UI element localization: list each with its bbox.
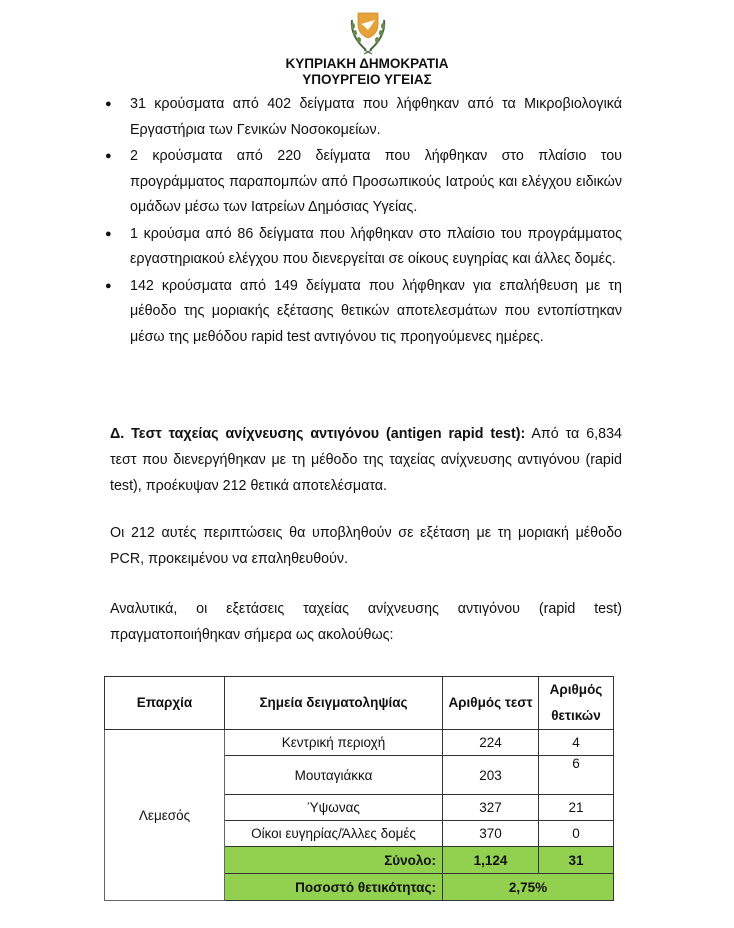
- sampling-point: Οίκοι ευγηρίας/Άλλες δομές: [225, 821, 443, 847]
- pcr-paragraph: Οι 212 αυτές περιπτώσεις θα υποβληθούν σ…: [110, 520, 622, 572]
- total-label: Σύνολο:: [225, 847, 443, 874]
- section-d-paragraph: Δ. Τεστ ταχείας ανίχνευσης αντιγόνου (an…: [110, 421, 622, 499]
- sampling-point: Κεντρική περιοχή: [225, 730, 443, 756]
- header-district: Επαρχία: [105, 677, 225, 730]
- list-item: 2 κρούσματα από 220 δείγματα που λήφθηκα…: [130, 144, 622, 221]
- header-test-count: Αριθμός τεστ: [443, 677, 539, 730]
- table-row: Λεμεσός Κεντρική περιοχή 224 4: [105, 730, 614, 756]
- district-cell: Λεμεσός: [105, 730, 225, 901]
- positive-count: 0: [539, 821, 614, 847]
- positive-count: 4: [539, 730, 614, 756]
- test-count: 327: [443, 795, 539, 821]
- test-count: 224: [443, 730, 539, 756]
- positivity-rate-label: Ποσοστό θετικότητας:: [225, 874, 443, 901]
- total-tests: 1,124: [443, 847, 539, 874]
- positivity-rate-value: 2,75%: [443, 874, 614, 901]
- list-item: 142 κρούσματα από 149 δείγματα που λήφθη…: [130, 274, 622, 351]
- sampling-point: Ύψωνας: [225, 795, 443, 821]
- government-title: ΚΥΠΡΙΑΚΗ ΔΗΜΟΚΡΑΤΙΑ: [0, 56, 734, 71]
- breakdown-intro: Αναλυτικά, οι εξετάσεις ταχείας ανίχνευσ…: [110, 596, 622, 648]
- rapid-test-table: Επαρχία Σημεία δειγματοληψίας Αριθμός τε…: [104, 676, 614, 901]
- section-d-heading: Δ. Τεστ ταχείας ανίχνευσης αντιγόνου (an…: [110, 426, 525, 442]
- sampling-point: Μουταγιάκκα: [225, 756, 443, 795]
- table-header-row: Επαρχία Σημεία δειγματοληψίας Αριθμός τε…: [105, 677, 614, 730]
- cyprus-coat-of-arms-icon: [344, 10, 392, 56]
- positive-count: 6: [539, 756, 614, 795]
- ministry-title: ΥΠΟΥΡΓΕΙΟ ΥΓΕΙΑΣ: [0, 72, 734, 87]
- test-count: 203: [443, 756, 539, 795]
- test-count: 370: [443, 821, 539, 847]
- list-item: 1 κρούσμα από 86 δείγματα που λήφθηκαν σ…: [130, 222, 622, 273]
- results-bullet-list: 31 κρούσματα από 402 δείγματα που λήφθηκ…: [130, 92, 622, 350]
- list-item: 31 κρούσματα από 402 δείγματα που λήφθηκ…: [130, 92, 622, 143]
- header-sampling-points: Σημεία δειγματοληψίας: [225, 677, 443, 730]
- total-positives: 31: [539, 847, 614, 874]
- header-positive-count: Αριθμός θετικών: [539, 677, 614, 730]
- positive-count: 21: [539, 795, 614, 821]
